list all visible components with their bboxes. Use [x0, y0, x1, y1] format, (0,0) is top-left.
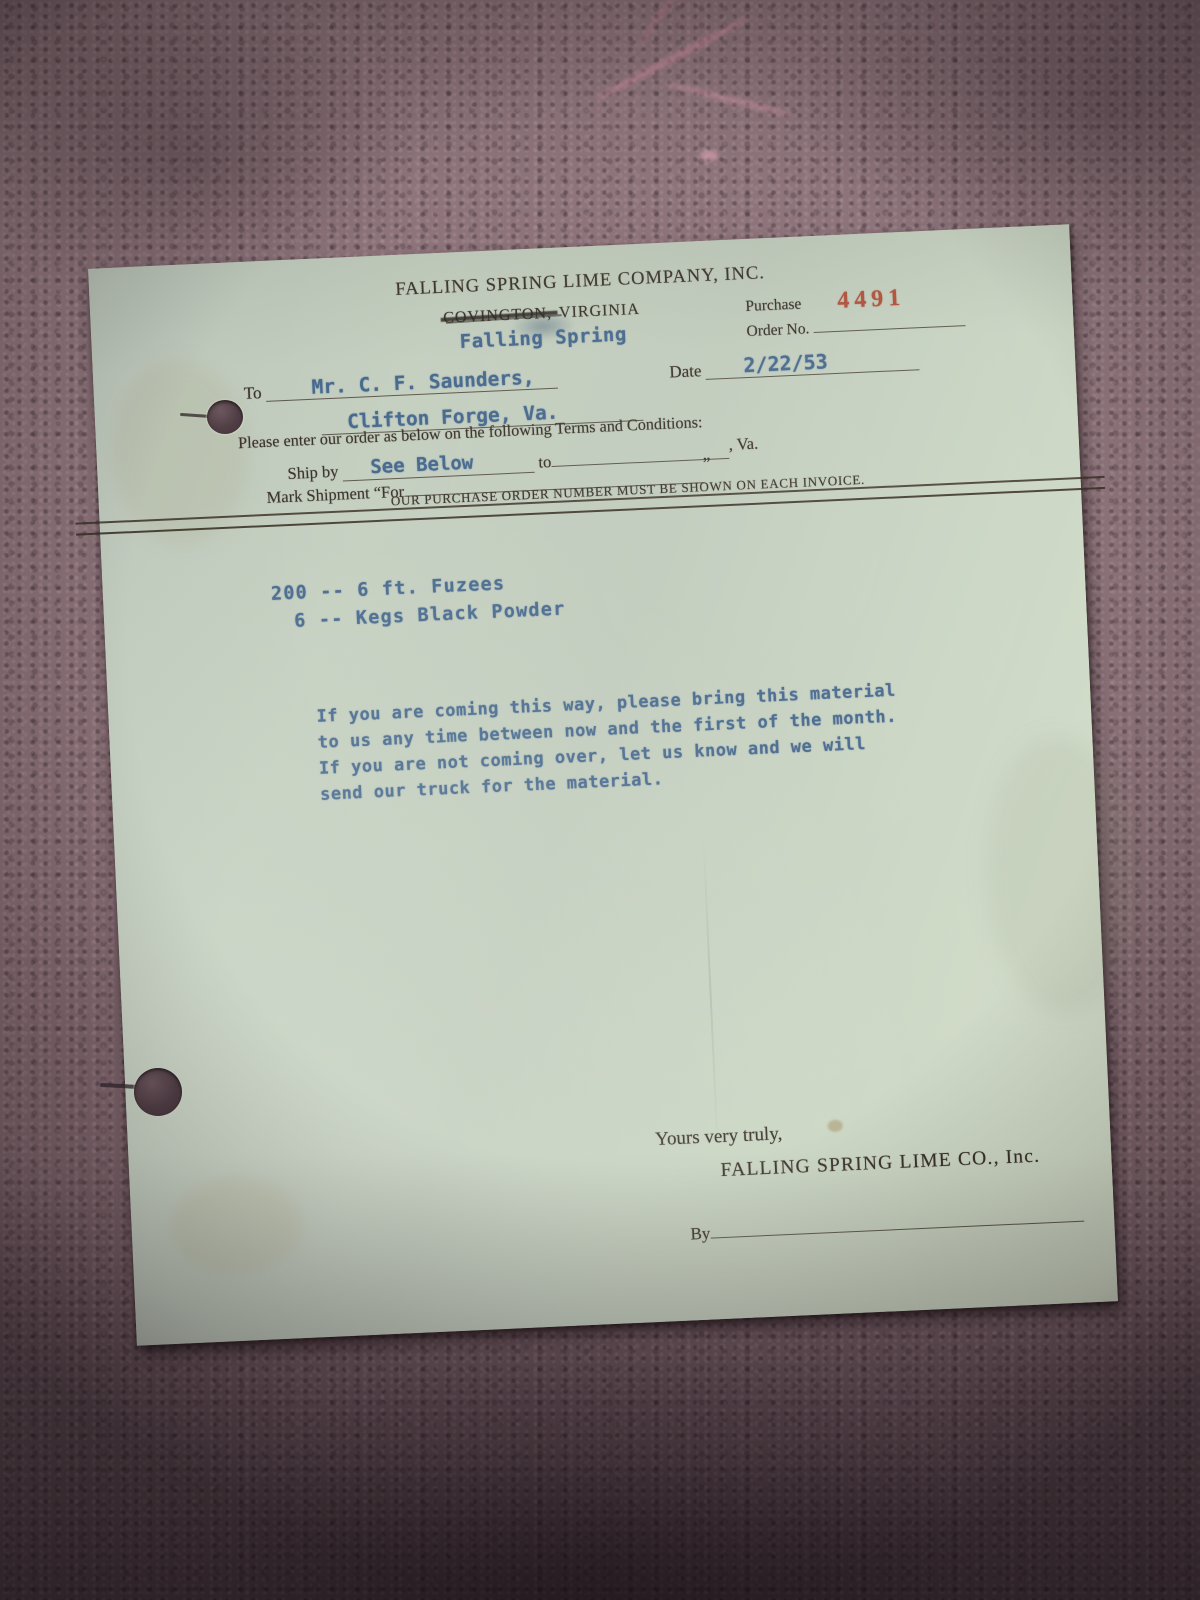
- date-blank-line: 2/22/53: [705, 350, 920, 380]
- photo-of-purchase-order: FALLING SPRING LIME COMPANY, INC. COVING…: [0, 0, 1200, 1600]
- to-label: To: [243, 383, 262, 403]
- punch-hole: [207, 400, 243, 434]
- order-number-stamp: 4491: [837, 289, 906, 311]
- date-label: Date: [669, 361, 702, 381]
- typed-addressee-name: Mr. C. F. Saunders,: [265, 368, 535, 399]
- punch-hole: [134, 1068, 182, 1116]
- line-item: 200 -- 6 ft. Fuzees: [271, 573, 506, 605]
- carpet-fuzz-strand: [700, 150, 718, 161]
- typed-message: If you are coming this way, please bring…: [316, 678, 900, 808]
- line-item: 6 -- Kegs Black Powder: [294, 599, 566, 632]
- mark-shipment-label: Mark Shipment “For: [266, 482, 404, 507]
- paper-stain: [827, 1119, 843, 1132]
- destination-state-suffix: , Va.: [728, 434, 758, 454]
- typed-date: 2/22/53: [705, 352, 828, 377]
- by-blank-line: [710, 1202, 1085, 1239]
- signature-company-name: FALLING SPRING LIME CO., Inc.: [720, 1146, 1041, 1182]
- typed-city-correction: Falling Spring: [459, 323, 627, 353]
- valediction: Yours very truly,: [655, 1123, 783, 1151]
- paper-stain: [170, 1175, 304, 1276]
- to-blank-line: Mr. C. F. Saunders,: [265, 369, 558, 402]
- by-label: By: [690, 1224, 711, 1244]
- date-row: Date 2/22/53: [669, 350, 920, 382]
- to-row: To Mr. C. F. Saunders,: [243, 369, 558, 404]
- order-no-word: Order No.: [746, 320, 810, 340]
- ship-to-label: to: [538, 452, 552, 472]
- by-row: By: [690, 1202, 1085, 1245]
- paper-crease: [702, 831, 719, 1151]
- closing-quote-mark: ”: [703, 454, 711, 473]
- purchase-order-paper: FALLING SPRING LIME COMPANY, INC. COVING…: [88, 224, 1118, 1345]
